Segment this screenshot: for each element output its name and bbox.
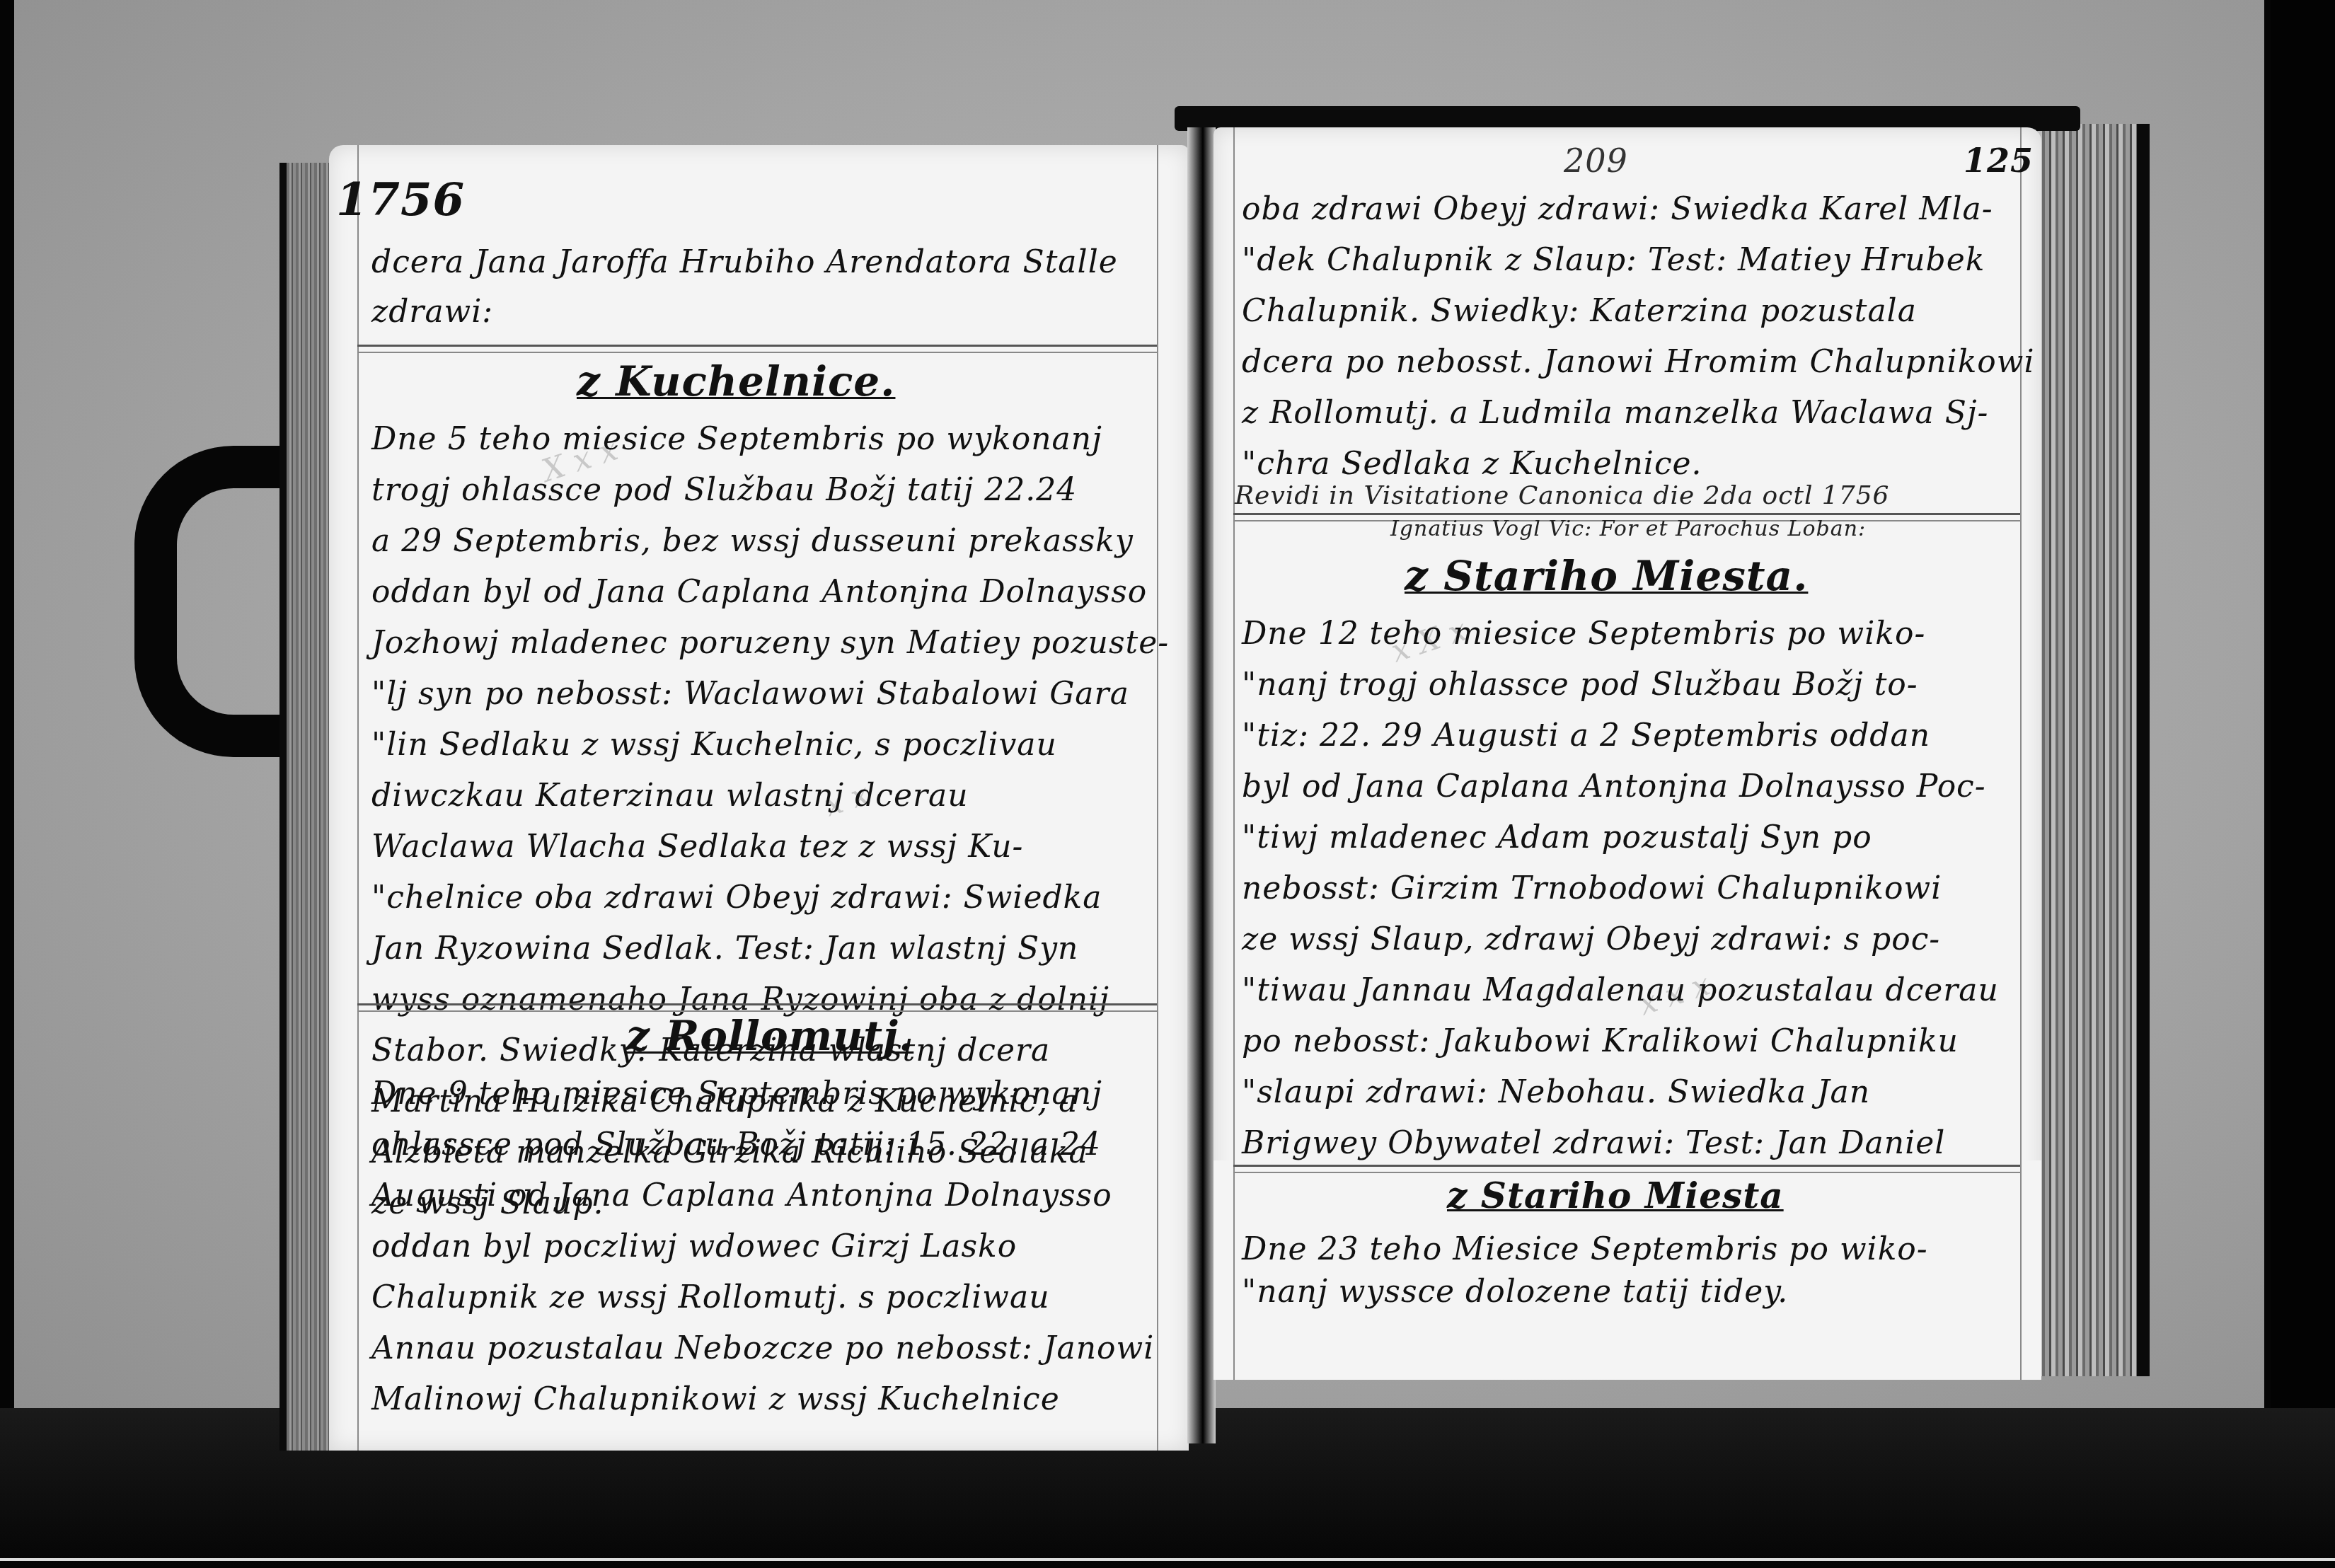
entry-line: ohlassce pod Službau Božj tatij: 15. 22.…	[371, 1119, 1101, 1170]
section-divider	[357, 1003, 1157, 1005]
entry-line: po nebosst: Jakubowi Kralikowi Chalupnik…	[1242, 1016, 1959, 1067]
right-margin-rule	[2020, 1160, 2022, 1380]
entry-line: "lin Sedlaku z wssj Kuchelnic, s poczliv…	[371, 720, 1057, 771]
entry-line: "nanj wyssce dolozene tatij tidey.	[1242, 1267, 1788, 1318]
entry-line: "tiz: 22. 29 Augusti a 2 Septembris odda…	[1242, 710, 1930, 761]
book-strap	[134, 446, 283, 757]
entry-line: "lj syn po nebosst: Waclawowi Stabalowi …	[371, 669, 1129, 720]
entry-line: byl od Jana Caplana Antonjna Dolnaysso P…	[1242, 761, 1986, 812]
entry-line: "tiwj mladenec Adam pozustalj Syn po	[1242, 812, 1872, 863]
corner-page-number: 125	[1964, 142, 2034, 180]
entry-line: oddan byl poczliwj wdowec Girzj Lasko	[371, 1221, 1017, 1272]
entry-line: "chelnice oba zdrawi Obeyj zdrawi: Swied…	[371, 872, 1102, 923]
entry-line: oddan byl od Jana Caplana Antonjna Dolna…	[371, 567, 1147, 618]
scan-border-right	[2271, 0, 2335, 1568]
entry-line: Dne 5 teho miesice Septembris po wykonan…	[371, 414, 1102, 465]
right-page-block-edge	[2038, 124, 2150, 1376]
entry-heading: z Rollomutj.	[626, 1012, 913, 1060]
entry-line: Chalupnik ze wssj Rollomutj. s poczliwau	[371, 1272, 1050, 1323]
entry-line: ze wssj Slaup, zdrawj Obeyj zdrawi: s po…	[1242, 914, 1940, 965]
entry-heading: z Stariho Miesta	[1447, 1175, 1784, 1216]
entry-line: diwczkau Katerzinau wlastnj dcerau	[371, 771, 969, 822]
entry-heading: z Stariho Miesta.	[1405, 552, 1808, 600]
entry-line: Dne 12 teho miesice Septembris po wiko-	[1242, 609, 1925, 659]
continuation-line: oba zdrawi Obeyj zdrawi: Swiedka Karel M…	[1242, 184, 1993, 235]
entry-line: "nanj trogj ohlassce pod Službau Božj to…	[1242, 659, 1918, 710]
visitation-signature: Ignatius Vogl Vic: For et Parochus Loban…	[1390, 517, 1866, 541]
section-divider	[1233, 1172, 2020, 1173]
entry-line: Augusti od Jana Caplana Antonjna Dolnays…	[371, 1170, 1112, 1221]
continuation-line: dcera Jana Jaroffa Hrubiho Arendatora St…	[371, 237, 1118, 288]
entry-line: Jan Ryzowina Sedlak. Test: Jan wlastnj S…	[371, 923, 1078, 974]
left-page-lower: z Rollomutj. Dne 9 teho miesice Septembr…	[329, 991, 1189, 1451]
continuation-line: zdrawi:	[371, 287, 493, 338]
entry-line: Annau pozustalau Nebozcze po nebosst: Ja…	[371, 1323, 1154, 1374]
section-divider	[357, 345, 1157, 347]
entry-line: trogj ohlassce pod Službau Božj tatij 22…	[371, 465, 1077, 516]
book-gutter	[1187, 127, 1216, 1443]
continuation-line: "dek Chalupnik z Slaup: Test: Matiey Hru…	[1242, 235, 1985, 286]
entry-line: Dne 9 teho miesice Septembris po wykonan…	[371, 1068, 1102, 1119]
section-divider	[1233, 513, 2020, 515]
right-page-lower: z Stariho Miesta Dne 23 teho Miesice Sep…	[1213, 1160, 2041, 1380]
continuation-line: Chalupnik. Swiedky: Katerzina pozustala	[1242, 286, 1917, 337]
year-heading: 1756	[336, 173, 465, 226]
entry-line: nebosst: Girzim Trnobodowi Chalupnikowi	[1242, 863, 1942, 914]
entry-line: a 29 Septembris, bez wssj dusseuni preka…	[371, 516, 1134, 567]
visitation-note: Revidi in Visitatione Canonica die 2da o…	[1235, 481, 1889, 510]
section-divider	[1233, 1165, 2020, 1167]
folio-number: 209	[1564, 142, 1628, 180]
entry-line: Waclawa Wlacha Sedlaka tez z wssj Ku-	[371, 822, 1023, 872]
entry-line: "tiwau Jannau Magdalenau pozustalau dcer…	[1242, 965, 1999, 1016]
entry-line: "slaupi zdrawi: Nebohau. Swiedka Jan	[1242, 1067, 1870, 1118]
entry-line: Malinowj Chalupnikowi z wssj Kuchelnice	[371, 1374, 1060, 1425]
left-margin-rule	[1233, 1160, 1235, 1380]
scan-artifact-line	[0, 1558, 2335, 1561]
section-divider	[357, 352, 1157, 353]
continuation-line: dcera po nebosst. Janowi Hromim Chalupni…	[1242, 337, 2035, 388]
entry-line: Jozhowj mladenec poruzeny syn Matiey poz…	[371, 618, 1169, 669]
entry-heading: z Kuchelnice.	[577, 357, 895, 405]
continuation-line: z Rollomutj. a Ludmila manzelka Waclawa …	[1242, 388, 1988, 439]
